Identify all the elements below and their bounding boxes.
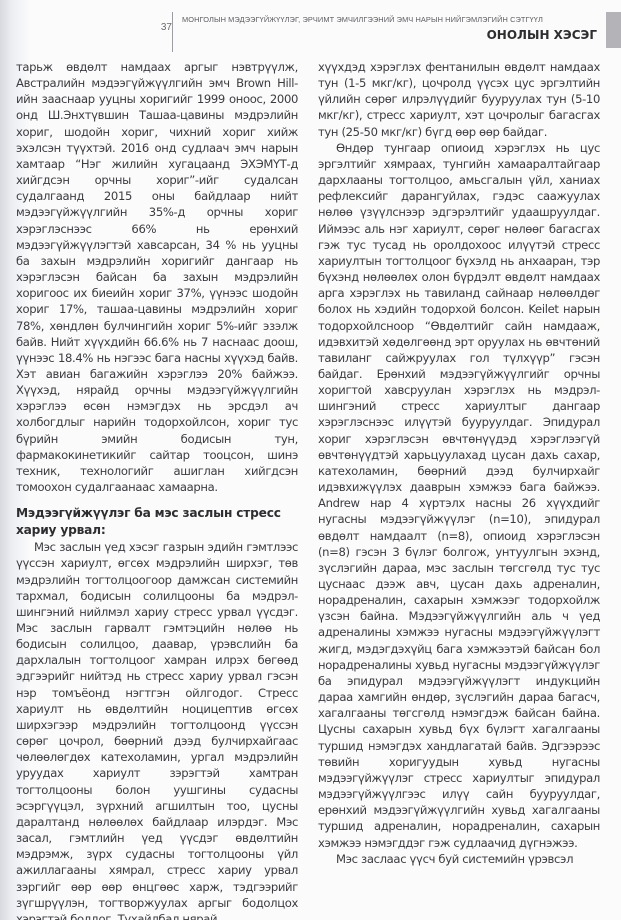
running-header: 37 МОНГОЛЫН МЭДЭЭГҮЙЖҮҮЛЭГ, ЭРЧИМТ ЭМЧИЛ… [0, 0, 621, 52]
page-number: 37 [158, 22, 172, 33]
section-title: ОНОЛЫН ХЭСЭГ [487, 28, 597, 42]
left-column: тарьж өвдөлт намдаах аргыг нэвтрүүлж, Ав… [16, 59, 298, 920]
section-tab-marker [606, 12, 621, 48]
body-paragraph: Өндөр тунгаар опиоид хэрэглэх нь цус эрг… [318, 140, 600, 851]
section-heading: Мэдээгүйжүүлэг ба мэс заслын стресс хари… [16, 505, 298, 538]
right-column: хүүхдэд хэрэглэх фентанилын өвдөлт намда… [318, 59, 600, 867]
body-paragraph: Мэс заслын үед хэсэг газрын эдийн гэмтлэ… [16, 539, 298, 920]
body-paragraph: Мэс заслаас үүсч буй системийн үрэвсэл [318, 851, 600, 867]
body-paragraph: тарьж өвдөлт намдаах аргыг нэвтрүүлж, Ав… [16, 59, 298, 495]
body-paragraph: хүүхдэд хэрэглэх фентанилын өвдөлт намда… [318, 59, 600, 140]
journal-title: МОНГОЛЫН МЭДЭЭГҮЙЖҮҮЛЭГ, ЭРЧИМТ ЭМЧИЛГЭЭ… [182, 15, 602, 24]
header-divider [172, 12, 173, 52]
